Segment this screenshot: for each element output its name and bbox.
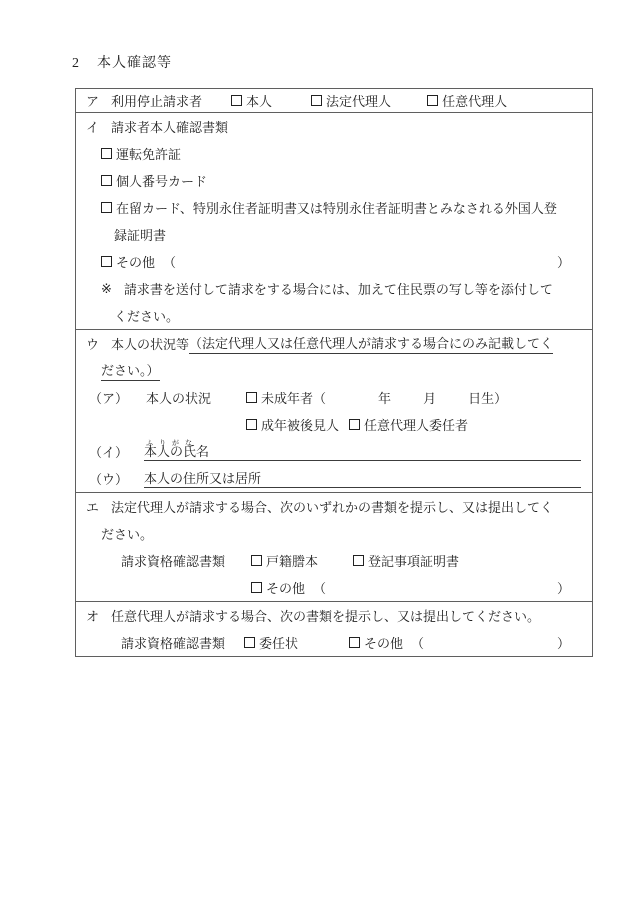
- checkbox-legal-representative[interactable]: [311, 95, 322, 106]
- legal-docs-other-row: その他 （ ）: [76, 574, 592, 601]
- other-legal-doc-label: その他: [266, 578, 305, 597]
- checkbox-other-legal-doc[interactable]: [251, 582, 262, 593]
- drivers-license-label: 運転免許証: [116, 144, 181, 163]
- doc-other-row: その他 （ ）: [76, 248, 592, 275]
- other-legal-open-paren: （: [313, 578, 326, 597]
- principal-status-heading-row2: ださい。）: [76, 357, 592, 384]
- page-title: 2本人確認等: [72, 52, 172, 72]
- principal-name-field-line[interactable]: ふりがな 本人の氏名: [144, 444, 581, 461]
- note-row1: ※ 請求書を送付して請求をする場合には、加えて住民票の写し等を添付して: [76, 275, 592, 302]
- note-line2: ください。: [114, 306, 179, 325]
- section-requester: ア 利用停止請求者 本人 法定代理人 任意代理人: [76, 89, 592, 112]
- title-text: 本人確認等: [97, 56, 172, 71]
- principal-status-heading: 本人の状況等: [111, 334, 189, 353]
- title-number: 2: [72, 56, 80, 71]
- requester-row: ア 利用停止請求者 本人 法定代理人 任意代理人: [76, 89, 592, 112]
- residence-card-label-line2: 録証明書: [114, 225, 166, 244]
- sub-label-u: （ウ）: [89, 469, 128, 488]
- legal-docs-label: 請求資格確認書類: [121, 551, 225, 570]
- option-adult-ward[interactable]: 成年被後見人: [246, 415, 339, 434]
- legal-docs-heading-row2: ださい。: [76, 520, 592, 547]
- checkbox-mynumber-card[interactable]: [101, 175, 112, 186]
- month-label: 月: [423, 388, 436, 407]
- identity-verification-table: ア 利用停止請求者 本人 法定代理人 任意代理人 イ 請求者本人確認書類: [75, 88, 593, 657]
- status-heading: 本人の状況: [146, 388, 211, 407]
- other-legal-close-paren: ）: [557, 578, 570, 597]
- furigana-label: ふりがな: [146, 435, 198, 451]
- voluntary-docs-label: 請求資格確認書類: [121, 633, 225, 652]
- checkbox-minor[interactable]: [246, 392, 257, 403]
- voluntary-docs-heading-row: オ 任意代理人が請求する場合、次の書類を提示し、又は提出してください。: [76, 602, 592, 629]
- legal-docs-heading-row1: エ 法定代理人が請求する場合、次のいずれかの書類を提示し、又は提出してく: [76, 493, 592, 520]
- voluntary-docs-heading: 任意代理人が請求する場合、次の書類を提示し、又は提出してください。: [111, 606, 540, 625]
- minor-label: 未成年者（: [261, 388, 326, 407]
- identity-documents-heading: 請求者本人確認書類: [111, 117, 228, 136]
- section-label-i: イ: [86, 117, 99, 136]
- sub-label-a: （ア）: [89, 388, 128, 407]
- other-voluntary-doc-label: その他: [364, 633, 403, 652]
- doc-residence-card-row: 在留カード、特別永住者証明書又は特別永住者証明書とみなされる外国人登: [76, 194, 592, 221]
- principal-name-row: （イ） ふりがな 本人の氏名: [76, 438, 592, 465]
- checkbox-residence-card[interactable]: [101, 202, 112, 213]
- section-label-a: ア: [86, 91, 99, 110]
- option-self[interactable]: 本人: [231, 91, 272, 110]
- checkbox-power-of-attorney[interactable]: [244, 637, 255, 648]
- voluntary-docs-options-row: 請求資格確認書類 委任状 その他 （ ）: [76, 629, 592, 656]
- requester-heading: 利用停止請求者: [111, 91, 202, 110]
- option-voluntary-representative-label: 任意代理人: [442, 91, 507, 110]
- option-legal-representative-label: 法定代理人: [326, 91, 391, 110]
- section-label-u: ウ: [86, 334, 99, 353]
- status-options-row2: 成年被後見人 任意代理人委任者: [76, 411, 592, 438]
- doc-residence-card-row2: 録証明書: [76, 221, 592, 248]
- note-mark: ※: [101, 281, 112, 297]
- section-voluntary-representative-docs: オ 任意代理人が請求する場合、次の書類を提示し、又は提出してください。 請求資格…: [76, 601, 592, 656]
- principal-status-heading-row: ウ 本人の状況等 （法定代理人又は任意代理人が請求する場合にのみ記載してく: [76, 330, 592, 357]
- principal-address-row: （ウ） 本人の住所又は居所: [76, 465, 592, 492]
- year-label: 年: [378, 388, 391, 407]
- option-voluntary-delegator[interactable]: 任意代理人委任者: [349, 415, 468, 434]
- option-power-of-attorney[interactable]: 委任状: [244, 633, 298, 652]
- option-minor[interactable]: 未成年者（: [246, 388, 326, 407]
- note-line1: 請求書を送付して請求をする場合には、加えて住民票の写し等を添付して: [124, 279, 553, 298]
- registration-certificate-label: 登記事項証明書: [368, 551, 459, 570]
- option-legal-representative[interactable]: 法定代理人: [311, 91, 391, 110]
- document-page: 2本人確認等 ア 利用停止請求者 本人 法定代理人 任意代理人 イ: [0, 0, 630, 903]
- option-other-legal-doc[interactable]: その他: [251, 578, 305, 597]
- option-other-doc[interactable]: その他: [101, 252, 155, 271]
- option-drivers-license[interactable]: 運転免許証: [101, 144, 181, 163]
- other-doc-open-paren: （: [163, 252, 176, 271]
- section-legal-representative-docs: エ 法定代理人が請求する場合、次のいずれかの書類を提示し、又は提出してく ださい…: [76, 492, 592, 601]
- checkbox-drivers-license[interactable]: [101, 148, 112, 159]
- checkbox-voluntary-delegator[interactable]: [349, 419, 360, 430]
- principal-status-note-line1: （法定代理人又は任意代理人が請求する場合にのみ記載してく: [189, 333, 553, 354]
- other-doc-close-paren: ）: [557, 252, 570, 271]
- principal-address-field-line[interactable]: 本人の住所又は居所: [144, 471, 581, 488]
- adult-ward-label: 成年被後見人: [261, 415, 339, 434]
- principal-status-note-line2: ださい。）: [101, 360, 160, 381]
- checkbox-adult-ward[interactable]: [246, 419, 257, 430]
- section-identity-documents: イ 請求者本人確認書類 運転免許証 個人番号カード 在留カード、特別永住者証明書…: [76, 112, 592, 329]
- principal-address-label: 本人の住所又は居所: [144, 471, 261, 486]
- legal-docs-heading-line1: 法定代理人が請求する場合、次のいずれかの書類を提示し、又は提出してく: [111, 497, 553, 516]
- doc-mynumber-card-row: 個人番号カード: [76, 167, 592, 194]
- option-voluntary-representative[interactable]: 任意代理人: [427, 91, 507, 110]
- note-row2: ください。: [76, 302, 592, 329]
- other-doc-label: その他: [116, 252, 155, 271]
- section-label-o: オ: [86, 606, 99, 625]
- option-residence-card[interactable]: 在留カード、特別永住者証明書又は特別永住者証明書とみなされる外国人登: [101, 198, 557, 217]
- mynumber-card-label: 個人番号カード: [116, 171, 207, 190]
- checkbox-voluntary-representative[interactable]: [427, 95, 438, 106]
- option-mynumber-card[interactable]: 個人番号カード: [101, 171, 207, 190]
- day-label: 日生）: [468, 388, 507, 407]
- family-register-label: 戸籍謄本: [266, 551, 318, 570]
- option-registration-certificate[interactable]: 登記事項証明書: [353, 551, 459, 570]
- sub-label-i: （イ）: [89, 442, 128, 461]
- checkbox-other-voluntary-doc[interactable]: [349, 637, 360, 648]
- option-other-voluntary-doc[interactable]: その他: [349, 633, 403, 652]
- residence-card-label-line1: 在留カード、特別永住者証明書又は特別永住者証明書とみなされる外国人登: [116, 198, 557, 217]
- section-principal-status: ウ 本人の状況等 （法定代理人又は任意代理人が請求する場合にのみ記載してく ださ…: [76, 329, 592, 492]
- checkbox-self[interactable]: [231, 95, 242, 106]
- power-of-attorney-label: 委任状: [259, 633, 298, 652]
- doc-drivers-license-row: 運転免許証: [76, 140, 592, 167]
- checkbox-family-register[interactable]: [251, 555, 262, 566]
- voluntary-delegator-label: 任意代理人委任者: [364, 415, 468, 434]
- legal-docs-options-row: 請求資格確認書類 戸籍謄本 登記事項証明書: [76, 547, 592, 574]
- identity-documents-heading-row: イ 請求者本人確認書類: [76, 113, 592, 140]
- checkbox-other-doc[interactable]: [101, 256, 112, 267]
- section-label-e: エ: [86, 497, 99, 516]
- checkbox-registration-certificate[interactable]: [353, 555, 364, 566]
- option-family-register[interactable]: 戸籍謄本: [251, 551, 318, 570]
- option-self-label: 本人: [246, 91, 272, 110]
- other-voluntary-open-paren: （: [411, 633, 424, 652]
- other-voluntary-close-paren: ）: [557, 633, 570, 652]
- status-options-row1: （ア） 本人の状況 未成年者（ 年 月 日生）: [76, 384, 592, 411]
- legal-docs-heading-line2: ださい。: [101, 524, 153, 543]
